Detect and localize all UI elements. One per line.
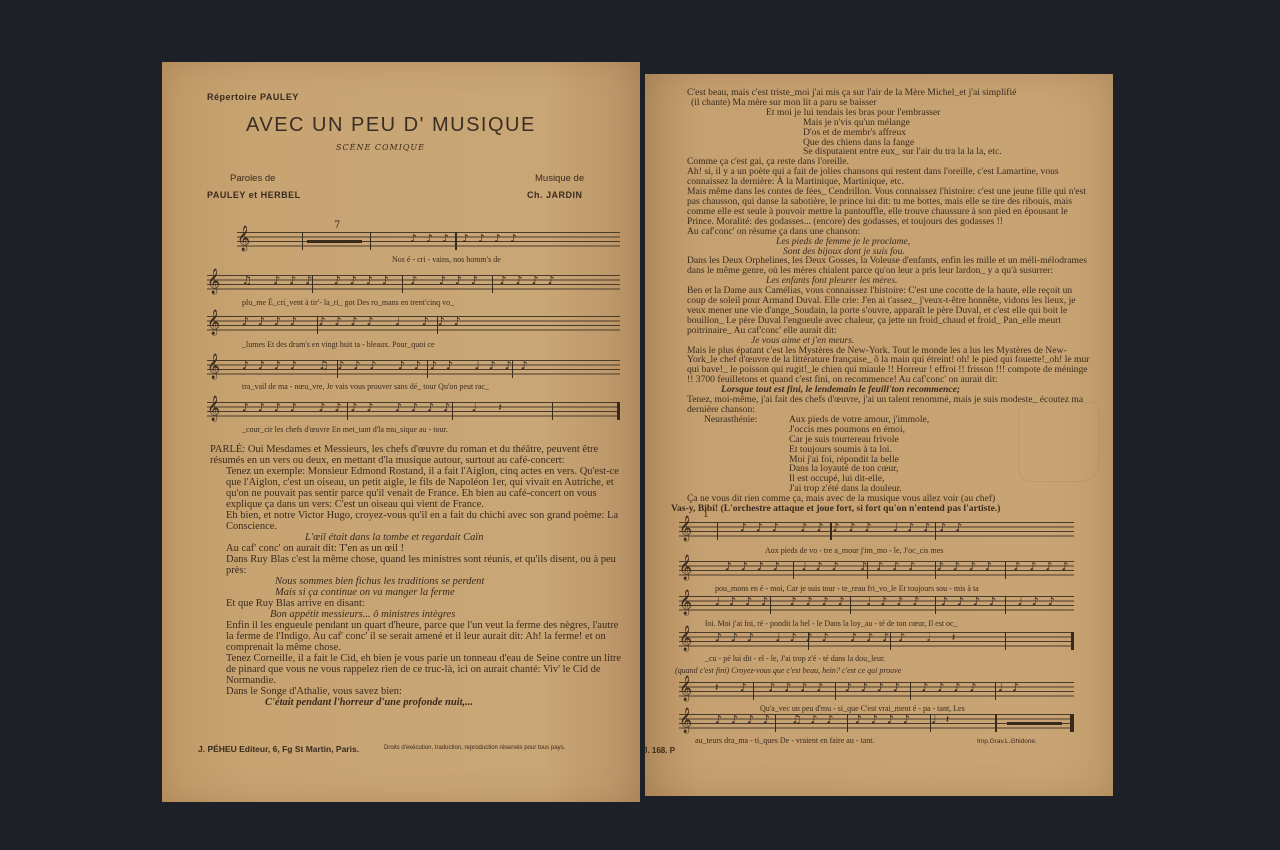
prose-paragraph: Tenez Corneille, il a fait le Cid, eh bi… [210, 653, 625, 686]
prose-paragraph: Vas-y, Bibi! (L'orchestre attaque et jou… [671, 504, 1091, 514]
poem-title: Neurasthénie: [671, 415, 789, 494]
prose-paragraph: Dans le Songe d'Athalie, vous savez bien… [210, 686, 625, 697]
treble-clef-icon: 𝄞 [679, 592, 692, 614]
quote-line: L'œil était dans la tombe et regardait C… [210, 532, 625, 543]
treble-clef-icon: 𝄞 [207, 271, 220, 293]
music-credit-name: Ch. JARDIN [527, 190, 583, 200]
multi-rest-icon [307, 240, 362, 243]
staff-lyric-line: plu_me É_cri_vent à tir'- la_ri_ got Des… [242, 298, 454, 307]
song-title: AVEC UN PEU D' MUSIQUE [246, 114, 536, 137]
library-stamp-icon [1018, 402, 1100, 482]
prose-paragraph: PARLÉ: Oui Mesdames et Messieurs, les ch… [210, 444, 625, 466]
publisher-footer: J. PÉHEU Editeur, 6, Fg St Martin, Paris… [198, 744, 359, 754]
treble-clef-icon: 𝄞 [679, 678, 692, 700]
staff-lyric-line: Aux pieds de vo - tre a_mour j'im_mo - l… [765, 546, 943, 555]
staff-lyric-line: _cour_cir les chefs d'œuvre En met_tant … [242, 425, 448, 434]
quote-line: C'était pendant l'horreur d'une profonde… [210, 697, 625, 708]
treble-clef-icon: 𝄞 [237, 228, 250, 250]
music-credit-label: Musique de [535, 173, 584, 184]
staff-lyric-line: _cu - pé lui dit - el - le, J'ai trop z'… [705, 654, 885, 663]
prose-paragraph: Mais le plus épatant c'est les Mystères … [671, 346, 1091, 386]
treble-clef-icon: 𝄞 [679, 710, 692, 732]
rest-measure-count: 7 [334, 220, 340, 231]
song-subtitle: SCÈNE COMIQUE [336, 143, 425, 152]
right-page: C'est beau, mais c'est triste_moi j'ai m… [645, 74, 1113, 796]
left-page: Répertoire PAULEY AVEC UN PEU D' MUSIQUE… [162, 62, 640, 802]
repertoire-label: Répertoire PAULEY [207, 92, 299, 102]
lyrics-credit-label: Paroles de [230, 173, 275, 184]
staff-lyric-line: loi. Moi j'ai foi, ré - pondit la bel - … [705, 619, 958, 628]
prose-paragraph: Tenez un exemple: Monsieur Edmond Rostan… [210, 466, 625, 510]
prose-paragraph: Mais même dans les contes de fées_ Cendr… [671, 187, 1091, 227]
staff-lyric-line: au_teurs dra_ma - ti_ques De - vraient e… [695, 736, 874, 745]
lyrics-credit-names: PAULEY et HERBEL [207, 190, 301, 200]
staff-lyric-line: _lumes Et des dram's en vingt huit ta - … [242, 340, 435, 349]
staff-lyric-line: pou_mons en é - moi, Car je suis tour - … [715, 584, 979, 593]
measure-number: 1 [703, 510, 709, 520]
prose-paragraph: Au caf' conc' on aurait dit: T'en as un … [210, 543, 625, 554]
prose-paragraph: Et que Ruy Blas arrive en disant: [210, 598, 625, 609]
treble-clef-icon: 𝄞 [679, 628, 692, 650]
prose-paragraph: Ben et la Dame aux Camélias, vous connai… [671, 286, 1091, 336]
quote-line: Nous sommes bien fichus les traditions s… [210, 576, 625, 587]
treble-clef-icon: 𝄞 [679, 518, 692, 540]
quote-line: Bon appétit messieurs... ô ministres int… [210, 609, 625, 620]
spoken-after-song: (quand c'est fini) Croyez-vous que c'est… [675, 666, 901, 676]
treble-clef-icon: 𝄞 [679, 557, 692, 579]
prose-paragraph: Dans les Deux Orphelines, les Deux Gosse… [671, 256, 1091, 276]
staff-lyric-line: Qu'a_vec un peu d'mu - si_que C'est vrai… [760, 704, 965, 713]
staff-lyric-line: tra_vail de ma - nœu_vre, Je vais vous p… [242, 382, 489, 391]
staff-lyric-line: Nos é - cri - vains, nos homm's de [392, 255, 501, 264]
prose-paragraph: Eh bien, et notre Victor Hugo, croyez-vo… [210, 510, 625, 532]
spoken-text: PARLÉ: Oui Mesdames et Messieurs, les ch… [210, 444, 625, 708]
stage-direction: (quand c'est fini) Croyez-vous que c'est… [675, 666, 901, 675]
quote-line: Mais si ça continue on va manger la ferm… [210, 587, 625, 598]
prose-paragraph: Dans Ruy Blas c'est la même chose, quand… [210, 554, 625, 576]
prose-paragraph: Enfin il les engueule pendant un quart d… [210, 620, 625, 653]
engraver-credit: Imp.Grav.L.Ghidone. [977, 738, 1037, 745]
treble-clef-icon: 𝄞 [207, 356, 220, 378]
quote-line: Les pieds de femme je le proclame, [671, 237, 1091, 247]
prose-paragraph: Ah! si, il y a un poète qui a fait de jo… [671, 167, 1091, 187]
poem-lines: Aux pieds de votre amour, j'immole, J'oc… [789, 415, 929, 494]
multi-rest-icon [1007, 722, 1062, 725]
rights-footer: Droits d'exécution, traduction, reproduc… [384, 745, 565, 751]
treble-clef-icon: 𝄞 [207, 312, 220, 334]
treble-clef-icon: 𝄞 [207, 398, 220, 420]
plate-number: J. 168. P [643, 746, 675, 755]
